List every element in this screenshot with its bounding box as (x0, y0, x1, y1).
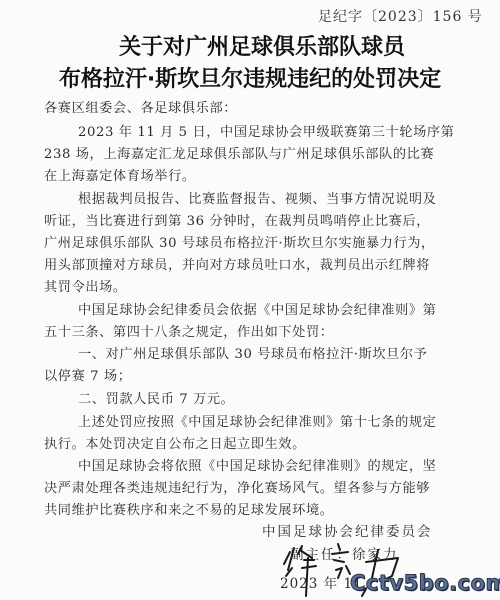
paragraph-2-line: 用头部顶撞对方球员，并向对方球员吐口水，裁判员出示红牌将 (44, 254, 430, 273)
penalty-2: 二、罚款人民币 7 万元。 (78, 388, 234, 407)
paragraph-1-line: 2023 年 11 月 5 日，中国足球协会甲级联赛第三十轮场序第 (78, 121, 454, 140)
title-line-2: 布格拉汗·斯坎旦尔违规违纪的处罚决定 (0, 62, 500, 93)
paragraph-3-line: 中国足球协会纪律委员会依据《中国足球协会纪律准则》第 (78, 299, 436, 318)
paragraph-2-line: 广州足球俱乐部队 30 号球员布格拉汗·斯坎旦尔实施暴力行为， (44, 232, 435, 251)
watermark-logo: Cctv5bo.com (350, 571, 500, 595)
salutation: 各赛区组委会、各足球俱乐部： (44, 97, 237, 116)
title-line-1: 关于对广州足球俱乐部队球员 (12, 30, 500, 61)
paragraph-2-line: 根据裁判员报告、比赛监督报告、视频、当事方情况说明及 (78, 188, 436, 207)
penalty-1-line: 以停赛 7 场； (44, 365, 132, 384)
paragraph-2-line: 其罚令出场。 (44, 276, 127, 295)
paragraph-1-line: 在上海嘉定体育场举行。 (44, 165, 196, 184)
penalty-1-line: 一、对广州足球俱乐部队 30 号球员布格拉汗·斯坎旦尔予 (78, 343, 427, 362)
paragraph-1-line: 238 场，上海嘉定汇龙足球俱乐部队与广州足球俱乐部队的比赛 (44, 143, 434, 162)
paragraph-4-line: 上述处罚应按照《中国足球协会纪律准则》第十七条的规定 (78, 411, 436, 430)
document-number: 足纪字〔2023〕156 号 (318, 6, 483, 26)
paragraph-5-line: 共同维护比赛秩序和来之不易的足球发展环境。 (44, 499, 334, 518)
paragraph-4-line: 执行。本处罚决定自公布之日起立即生效。 (44, 433, 306, 452)
paragraph-5-line: 中国足球协会将依照《中国足球协会纪律准则》的规定，坚 (78, 455, 436, 474)
paragraph-3-line: 五十三条、第四十八条之规定，作出如下处罚： (44, 321, 334, 340)
paragraph-5-line: 决严肃处理各类违规违纪行为，净化赛场风气。望各参与方能够 (44, 477, 430, 496)
paragraph-2-line: 听证，当比赛进行到第 36 分钟时，在裁判员鸣哨停止比赛后， (44, 210, 430, 229)
signature-organization: 中国足球协会纪律委员会 (262, 520, 433, 540)
